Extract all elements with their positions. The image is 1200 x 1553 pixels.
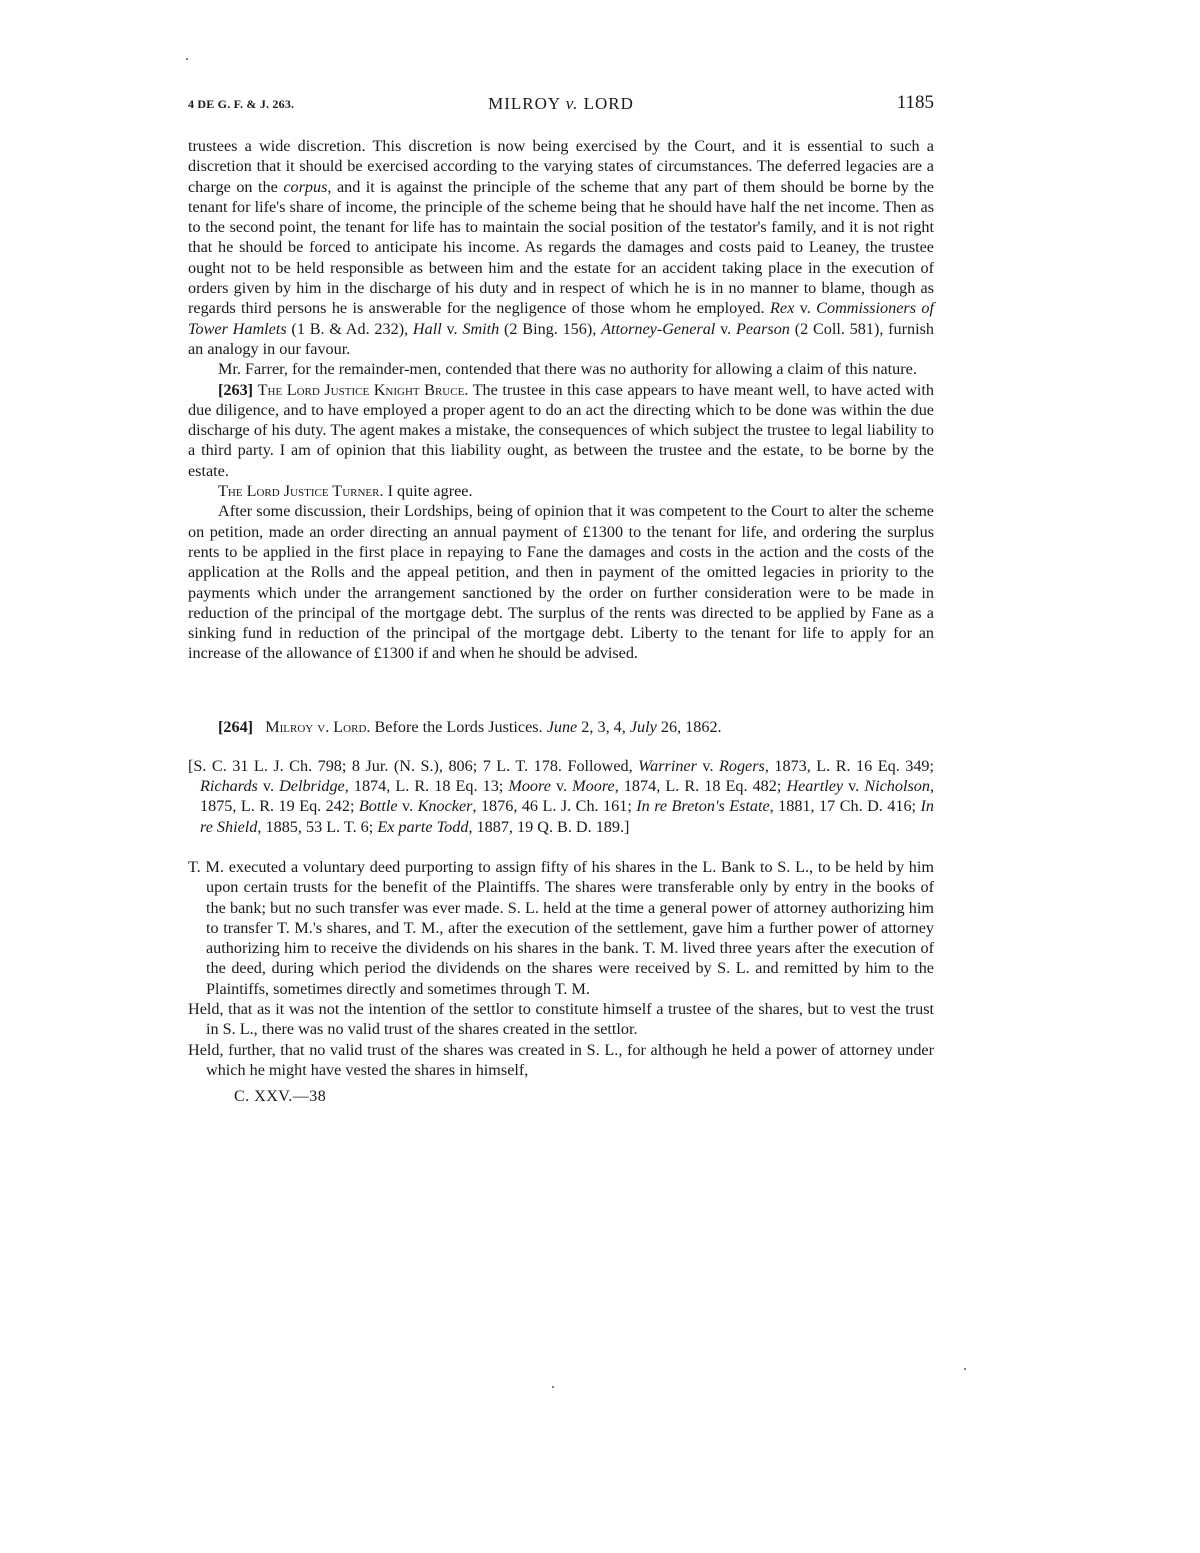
- citation-text: , 1874, L. R. 18 Eq. 482;: [615, 777, 787, 795]
- case-name: Milroy v. Lord.: [265, 718, 370, 736]
- court: Before the Lords Justices.: [375, 718, 547, 736]
- signature-mark: C. XXV.—38: [188, 1088, 934, 1106]
- case-reference: Heartley: [786, 777, 843, 795]
- citation-text: , 1885, 53 L. T. 6;: [257, 818, 377, 836]
- page-marker: [264]: [218, 718, 253, 736]
- headnote: Held, that as it was not the intention o…: [188, 999, 934, 1040]
- paragraph: Mr. Farrer, for the remainder-men, conte…: [188, 359, 934, 379]
- paragraph: [263] The Lord Justice Knight Bruce. The…: [188, 380, 934, 481]
- continued-judgment: trustees a wide discretion. This discret…: [188, 136, 934, 664]
- case-reference: Rogers: [719, 757, 765, 775]
- headnotes: T. M. executed a voluntary deed purporti…: [188, 857, 934, 1080]
- paragraph: trustees a wide discretion. This discret…: [188, 136, 934, 359]
- case-reference: Bottle: [359, 797, 398, 815]
- print-speck: [964, 1368, 966, 1370]
- case-reference: Richards: [200, 777, 258, 795]
- citation-text: v.: [551, 777, 572, 795]
- citation-text: [S. C. 31 L. J. Ch. 798; 8 Jur. (N. S.),…: [188, 757, 638, 775]
- case-reference: Delbridge: [279, 777, 345, 795]
- headnote: T. M. executed a voluntary deed purporti…: [188, 857, 934, 999]
- citation-text: , 1881, 17 Ch. D. 416;: [770, 797, 921, 815]
- case-reference: Knocker: [418, 797, 473, 815]
- speaker: The Lord Justice Knight Bruce.: [258, 381, 469, 399]
- citation-text: v.: [697, 757, 719, 775]
- case-reference: Nicholson: [864, 777, 930, 795]
- citation-text: , 1874, L. R. 18 Eq. 13;: [345, 777, 509, 795]
- case-running-title: MILROY v. LORD: [188, 94, 934, 114]
- case-reference: Warriner: [638, 757, 697, 775]
- print-speck: [552, 1386, 554, 1388]
- page-marker: [263]: [218, 381, 253, 399]
- citation-text: v.: [258, 777, 279, 795]
- case-reference: Ex parte Todd: [377, 818, 468, 836]
- citation-text: , 1873, L. R. 16 Eq. 349;: [765, 757, 934, 775]
- running-header: 4 DE G. F. & J. 263. MILROY v. LORD 1185: [188, 92, 934, 122]
- case-reference: Moore: [508, 777, 551, 795]
- document-page: 4 DE G. F. & J. 263. MILROY v. LORD 1185…: [188, 92, 934, 1106]
- speaker: The Lord Justice Turner.: [218, 482, 384, 500]
- headnote: Held, further, that no valid trust of th…: [188, 1040, 934, 1081]
- case-heading: [264] Milroy v. Lord. Before the Lords J…: [188, 716, 934, 738]
- citation-text: v.: [843, 777, 864, 795]
- subsequent-citations: [S. C. 31 L. J. Ch. 798; 8 Jur. (N. S.),…: [188, 756, 934, 837]
- case-reference: In re Breton's Estate: [636, 797, 769, 815]
- citation-text: , 1887, 19 Q. B. D. 189.]: [468, 818, 629, 836]
- case-reference: Moore: [572, 777, 615, 795]
- paragraph: The Lord Justice Turner. I quite agree.: [188, 481, 934, 501]
- citation-text: , 1876, 46 L. J. Ch. 161;: [472, 797, 636, 815]
- citation-text: v.: [398, 797, 418, 815]
- paragraph: After some discussion, their Lordships, …: [188, 501, 934, 663]
- print-speck: [186, 58, 188, 60]
